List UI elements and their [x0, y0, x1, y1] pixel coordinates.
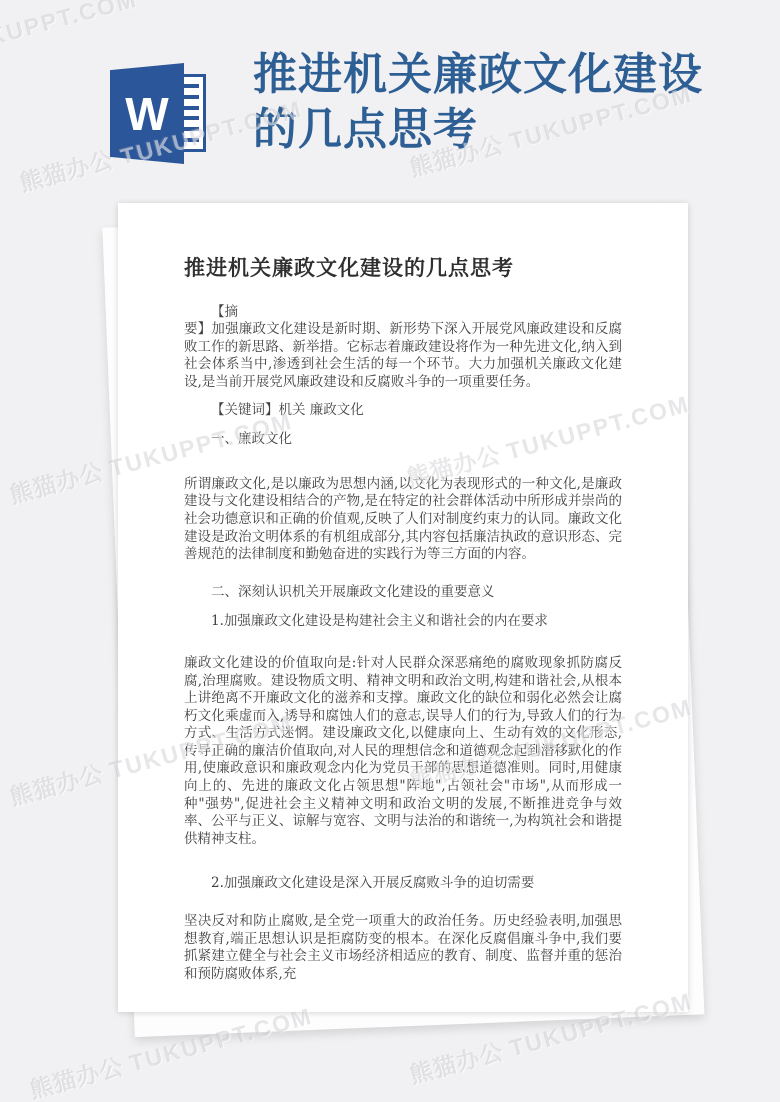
body-paragraph: 廉政文化建设的价值取向是:针对人民群众深恶痛绝的腐败现象抓防腐反腐,治理腐败。建…: [184, 655, 622, 849]
watermark-cn: 熊猫办公: [7, 760, 106, 810]
word-icon-letter: W: [125, 91, 168, 137]
document-title: 推进机关廉政文化建设的几点思考: [184, 259, 622, 277]
page-title-line2: 的几点思考: [253, 104, 478, 155]
word-icon-w-panel: W: [110, 63, 184, 164]
keywords-line: 【关键词】机关 廉政文化: [184, 402, 622, 420]
sub-heading-1: 1.加强廉政文化建设是构建社会主义和谐社会的内在要求: [184, 613, 622, 631]
section-heading-2: 二、深刻认识机关开展廉政文化建设的重要意义: [184, 584, 622, 602]
body-paragraph: 所谓廉政文化,是以廉政为思想内涵,以文化为表现形式的一种文化,是廉政建设与文化建…: [184, 476, 622, 564]
watermark-cn: 熊猫办公: [17, 146, 116, 196]
watermark-en: TUKUPPT.COM: [0, 0, 140, 59]
body-paragraph: 坚决反对和防止腐败,是全党一项重大的政治任务。历史经验表明,加强思想教育,端正思…: [184, 913, 622, 983]
page-title: 推进机关廉政文化建设 的几点思考: [253, 47, 723, 157]
document-page: 推进机关廉政文化建设的几点思考 【摘 要】加强廉政文化建设是新时期、新形势下深入…: [118, 203, 688, 1012]
watermark-cn: 熊猫办公: [7, 458, 106, 508]
abstract-paragraph: 【摘 要】加强廉政文化建设是新时期、新形势下深入开展党风廉政建设和反腐败工作的新…: [184, 304, 622, 392]
watermark-cn: 熊猫办公: [27, 1053, 126, 1102]
sub-heading-2: 2.加强廉政文化建设是深入开展反腐败斗争的迫切需要: [184, 875, 622, 893]
section-heading-1: 一、廉政文化: [184, 431, 622, 449]
preview-canvas: W 推进机关廉政文化建设 的几点思考 推进机关廉政文化建设的几点思考 【摘 要】…: [0, 0, 780, 1102]
word-document-icon: W: [110, 63, 206, 164]
watermark-cn: 熊猫办公: [407, 1038, 506, 1088]
page-title-line1: 推进机关廉政文化建设: [253, 49, 703, 100]
